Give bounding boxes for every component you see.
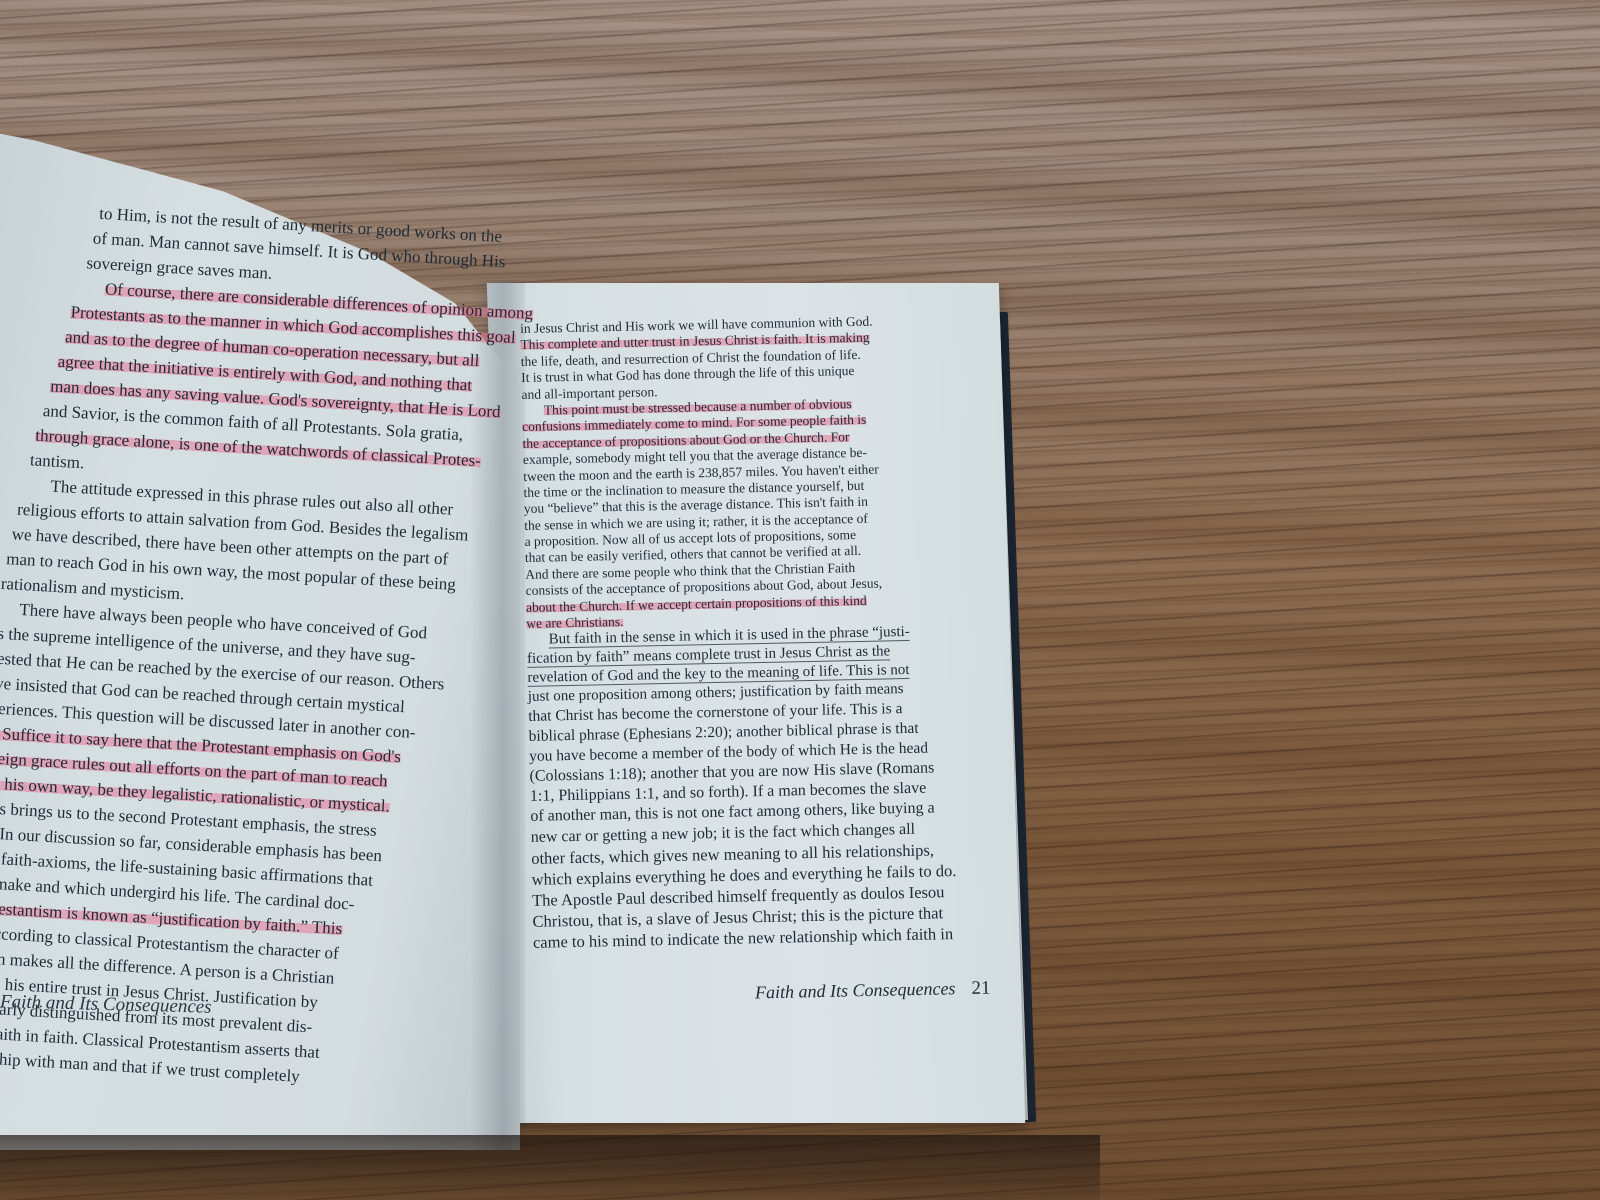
- right-page-text: in Jesus Christ and His work we will hav…: [520, 313, 973, 956]
- left-page-text: to Him, is not the result of any merits …: [0, 200, 504, 1102]
- page-number: 21: [971, 978, 990, 999]
- highlighted-text: we are Christians.: [526, 614, 623, 631]
- table-shadow: [0, 1135, 1100, 1200]
- footer-title: Faith and Its Consequences: [755, 978, 956, 1002]
